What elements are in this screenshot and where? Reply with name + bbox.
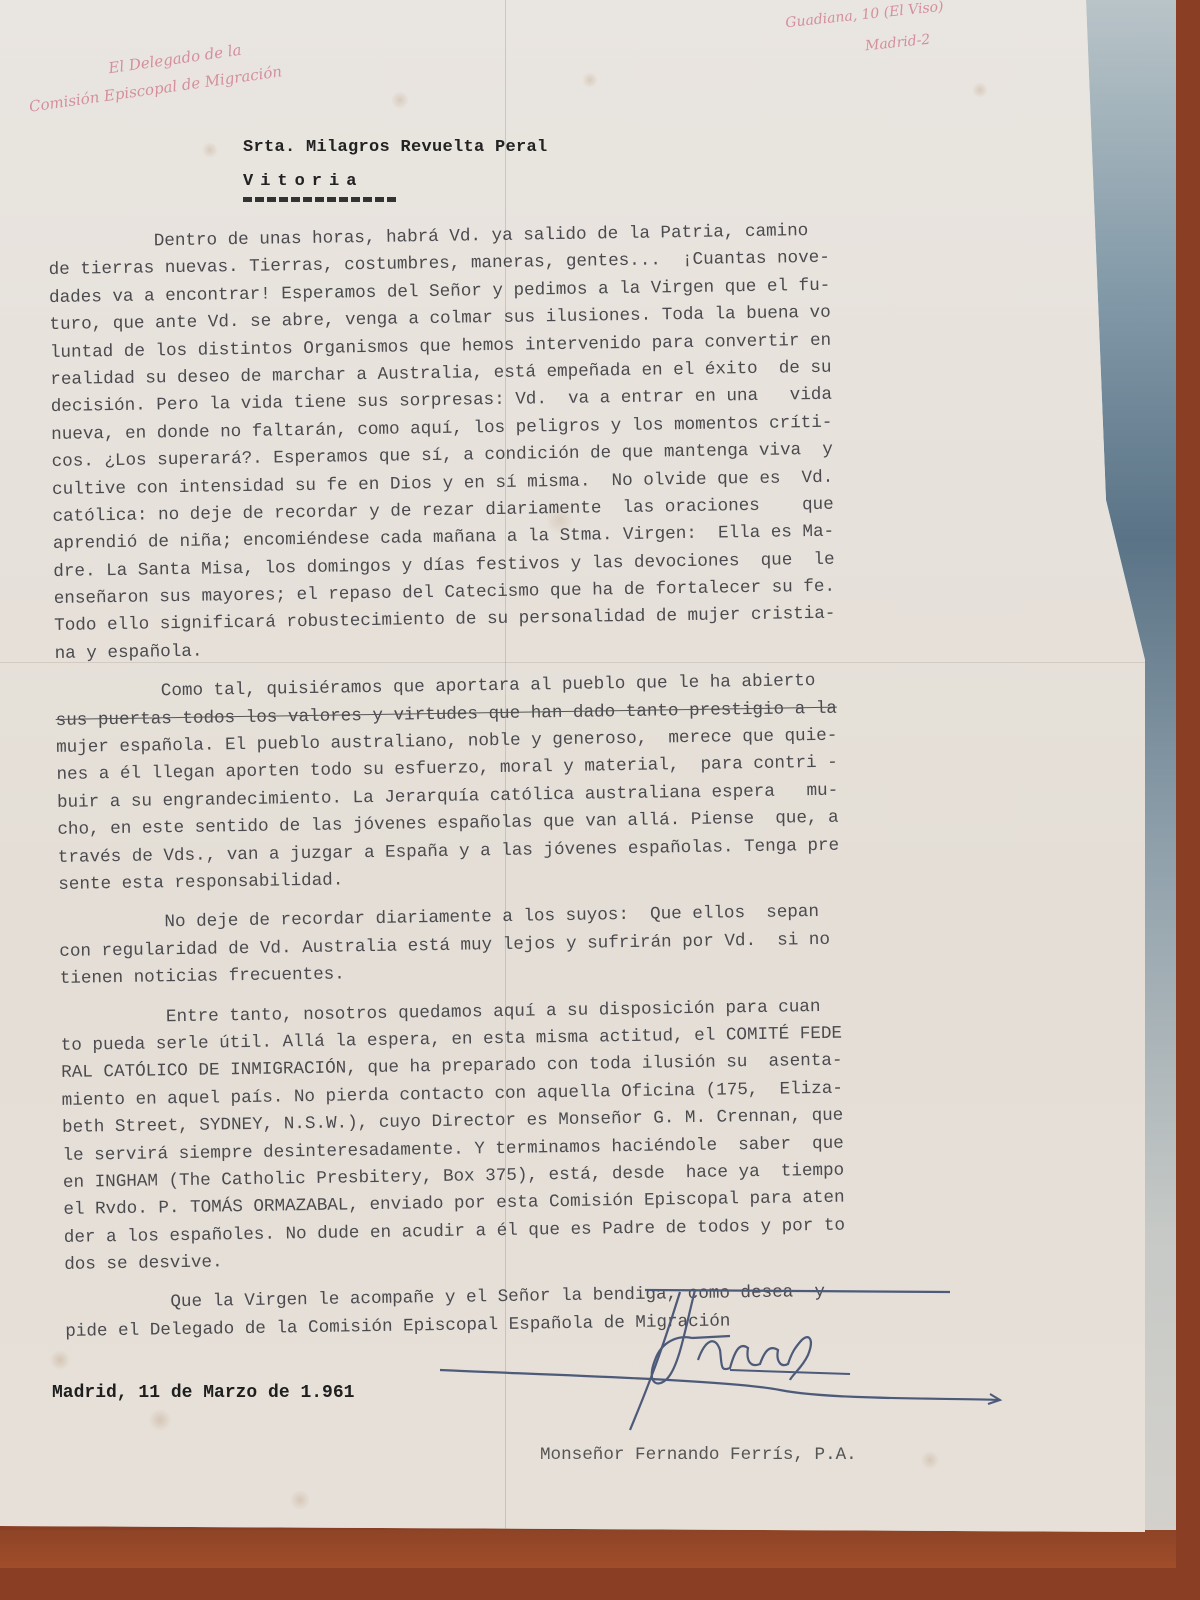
table-surface [0,1530,1176,1568]
place-and-date: Madrid, 11 de Marzo de 1.961 [52,1383,354,1403]
letterhead-address-line-2: Madrid-2 [864,33,931,54]
recipient-name: Srta. Milagros Revuelta Peral [243,138,548,157]
signer-name: Monseñor Fernando Ferrís, P.A. [540,1445,857,1465]
letter-page: El Delegado de la Comisión Episcopal de … [0,0,1145,1532]
recipient-city: Vitoria [243,172,363,191]
letterhead-sender-line-2: Comisión Episcopal de Migración [28,64,283,114]
letter-body: Dentro de unas horas, habrá Vd. ya salid… [48,214,1105,1346]
city-underline [243,197,398,202]
signature [430,1280,1030,1440]
letterhead-address-line-1: Guadiana, 10 (El Viso) [785,0,944,30]
